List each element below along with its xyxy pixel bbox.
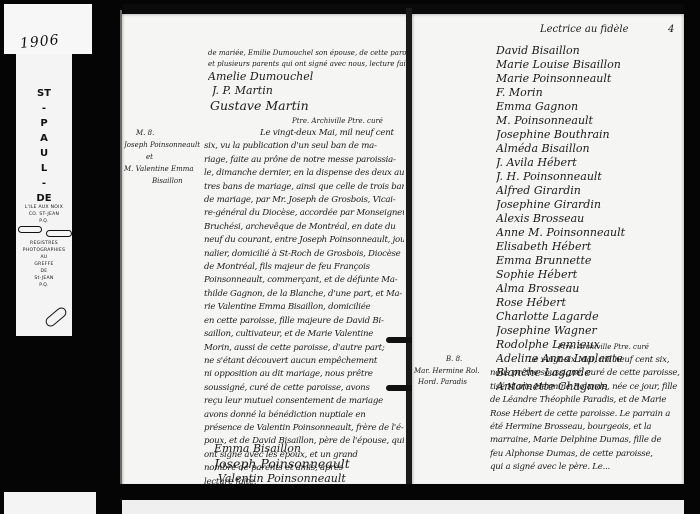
- entry-number: M. 8.: [136, 128, 154, 139]
- signature: Amelie Dumouchel: [208, 70, 313, 84]
- signature: Charlotte Lagarde: [496, 310, 676, 324]
- signature: J. P. Martin: [212, 84, 273, 98]
- record-line: saillon, cultivateur, et de Marie Valent…: [204, 328, 404, 341]
- signature: Emma Gagnon: [496, 100, 676, 114]
- officiant-signature: Ptre. Archiville Ptre. curé: [558, 342, 649, 353]
- signature: Emma Brunnette: [496, 254, 676, 268]
- record-line: qui a signé avec le père. Le...: [490, 461, 680, 474]
- record-line: Rose Hébert de cette paroisse. Le parrai…: [490, 408, 680, 421]
- record-line: de Léandre Théophile Paradis, et de Mari…: [490, 394, 680, 407]
- record-line: soussigné, curé de cette paroisse, avons: [204, 382, 404, 395]
- archive-label-strip: ST - P A U L - DE L'ILE AUX NOIX CO. ST-…: [16, 54, 72, 336]
- location-line: L'ILE AUX NOIX: [16, 204, 72, 211]
- signature: Joseph Poinsonneault: [214, 456, 350, 472]
- record-line: riage, faite au prône de notre messe par…: [204, 154, 404, 167]
- baptism-record-text: Le vingt-six Mai, mil neuf cent six, nou…: [490, 354, 680, 475]
- registry-line: DE: [16, 268, 72, 275]
- location-line: CO. ST-JEAN: [16, 211, 72, 218]
- page-bottom-shadow: [118, 484, 688, 500]
- record-line: nalier, domicilié à St-Roch de Grosbois,…: [204, 248, 404, 261]
- signature: Josephine Girardin: [496, 198, 676, 212]
- record-line: ni opposition au dit mariage, nous prêtr…: [204, 368, 404, 381]
- page-number: 4: [668, 24, 674, 35]
- record-line: tres bans de mariage, ainsi que celle de…: [204, 181, 404, 194]
- signature: Marie Poinsonneault: [496, 72, 676, 86]
- signature: Josephine Bouthrain: [496, 128, 676, 142]
- record-line: été Hermine Brosseau, bourgeois, et la: [490, 421, 680, 434]
- record-line: en cette paroisse, fille majeure de Davi…: [204, 315, 404, 328]
- record-line: marraine, Marie Delphine Dumas, fille de: [490, 434, 680, 447]
- record-line: Poinsonneault, commerçant, et de défunte…: [204, 274, 404, 287]
- record-line: feu Alphonse Dumas, de cette paroisse,: [490, 448, 680, 461]
- next-label-edge: [4, 492, 96, 514]
- signature: F. Morin: [496, 86, 676, 100]
- signature: Josephine Wagner: [496, 324, 676, 338]
- marriage-record-text: Le vingt-deux Mai, mil neuf cent six, vu…: [204, 127, 404, 489]
- record-line: thilde Gagnon, de la Blanche, d'une part…: [204, 288, 404, 301]
- signature: Emma Bisaillon: [214, 442, 301, 456]
- signature: Elisabeth Hébert: [496, 240, 676, 254]
- page-header-note: Lectrice au fidèle: [540, 24, 629, 35]
- parish-letter: U: [16, 146, 72, 161]
- next-page-edge: [122, 500, 684, 514]
- signature: Anne M. Poinsonneault: [496, 226, 676, 240]
- parish-name: ST - P A U L - DE: [16, 86, 72, 206]
- groom-name: Joseph Poinsonneault: [124, 140, 200, 151]
- registry-line: REGISTRES: [16, 240, 72, 247]
- signature: Sophie Hébert: [496, 268, 676, 282]
- parish-letter: -: [16, 176, 72, 191]
- parish-letter: A: [16, 131, 72, 146]
- left-register-page: de mariée, Emilie Dumouchel son épouse, …: [122, 14, 408, 486]
- parish-location: L'ILE AUX NOIX CO. ST-JEAN P.Q.: [16, 204, 72, 225]
- signature: Alexis Brosseau: [496, 212, 676, 226]
- record-line: six, vu la publication d'un seul ban de …: [204, 140, 404, 153]
- record-line: neuf du courant, entre Joseph Poinsonnea…: [204, 234, 404, 247]
- record-line: ne s'étant découvert aucun empêchement: [204, 355, 404, 368]
- record-line: de mariage, par Mr. Joseph de Grosbois, …: [204, 194, 404, 207]
- baptized-name: Mar. Hermine Rol.: [414, 366, 480, 377]
- signature: Marie Louise Bisaillon: [496, 58, 676, 72]
- bride-surname: Bisaillon: [152, 176, 183, 187]
- entry-number: B. 8.: [446, 354, 462, 365]
- record-line: présence de Valentin Poinsonneault, frèr…: [204, 422, 404, 435]
- parish-letter: L: [16, 161, 72, 176]
- parish-letter: P: [16, 116, 72, 131]
- signature: J. Avila Hébert: [496, 156, 676, 170]
- location-line: P.Q.: [16, 218, 72, 225]
- parish-letter: ST: [16, 86, 72, 101]
- record-line: Bruchési, archevêque de Montréal, en dat…: [204, 221, 404, 234]
- registry-line: P.Q.: [16, 282, 72, 289]
- record-line: avons donné la bénédiction nuptiale en: [204, 409, 404, 422]
- continuation-line: de mariée, Emilie Dumouchel son épouse, …: [208, 48, 420, 59]
- signature: Rose Hébert: [496, 296, 676, 310]
- record-line: rie Valentine Emma Bisaillon, domiciliée: [204, 301, 404, 314]
- parish-letter: -: [16, 101, 72, 116]
- signature: M. Poinsonneault: [496, 114, 676, 128]
- conjunction: et: [146, 152, 153, 163]
- record-line: le, dimanche dernier, en la dispense des…: [204, 167, 404, 180]
- paper-clip-icon: [46, 230, 72, 237]
- right-register-page: Lectrice au fidèle 4 David Bisaillon Mar…: [412, 14, 684, 486]
- baptized-surname: Hord. Paradis: [418, 377, 467, 388]
- officiant-signature: Ptre. Archiville Ptre. curé: [292, 116, 383, 127]
- record-line: nous prêtre soussigné, curé de cette par…: [490, 367, 680, 380]
- record-line: Le vingt-six Mai, mil neuf cent six,: [490, 354, 680, 367]
- signature: Gustave Martin: [210, 98, 309, 114]
- bride-name: M. Valentine Emma: [124, 164, 194, 175]
- record-line: de Montréal, fils majeur de feu François: [204, 261, 404, 274]
- record-line: reçu leur mutuel consentement de mariage: [204, 395, 404, 408]
- registry-line: AU: [16, 254, 72, 261]
- signature: J. H. Poinsonneault: [496, 170, 676, 184]
- registry-line: GREFFE: [16, 261, 72, 268]
- signature: Alméda Bisaillon: [496, 142, 676, 156]
- record-line: Le vingt-deux Mai, mil neuf cent: [204, 127, 404, 140]
- record-line: Morin, aussi de cette paroisse, d'autre …: [204, 342, 404, 355]
- registry-line: St-JEAN: [16, 275, 72, 282]
- record-line: re-général du Diocèse, accordée par Mons…: [204, 207, 404, 220]
- signature: Alma Brosseau: [496, 282, 676, 296]
- signature: Alfred Girardin: [496, 184, 676, 198]
- registry-caption: REGISTRES PHOTOGRAPHIES AU GREFFE DE St-…: [16, 240, 72, 289]
- record-line: tisé Marie Hermine Rolande, née ce jour,…: [490, 381, 680, 394]
- continuation-line: et plusieurs parents qui ont signé avec …: [208, 59, 415, 70]
- registry-line: PHOTOGRAPHIES: [16, 247, 72, 254]
- paper-clip-icon: [18, 226, 42, 233]
- signature: David Bisaillon: [496, 44, 676, 58]
